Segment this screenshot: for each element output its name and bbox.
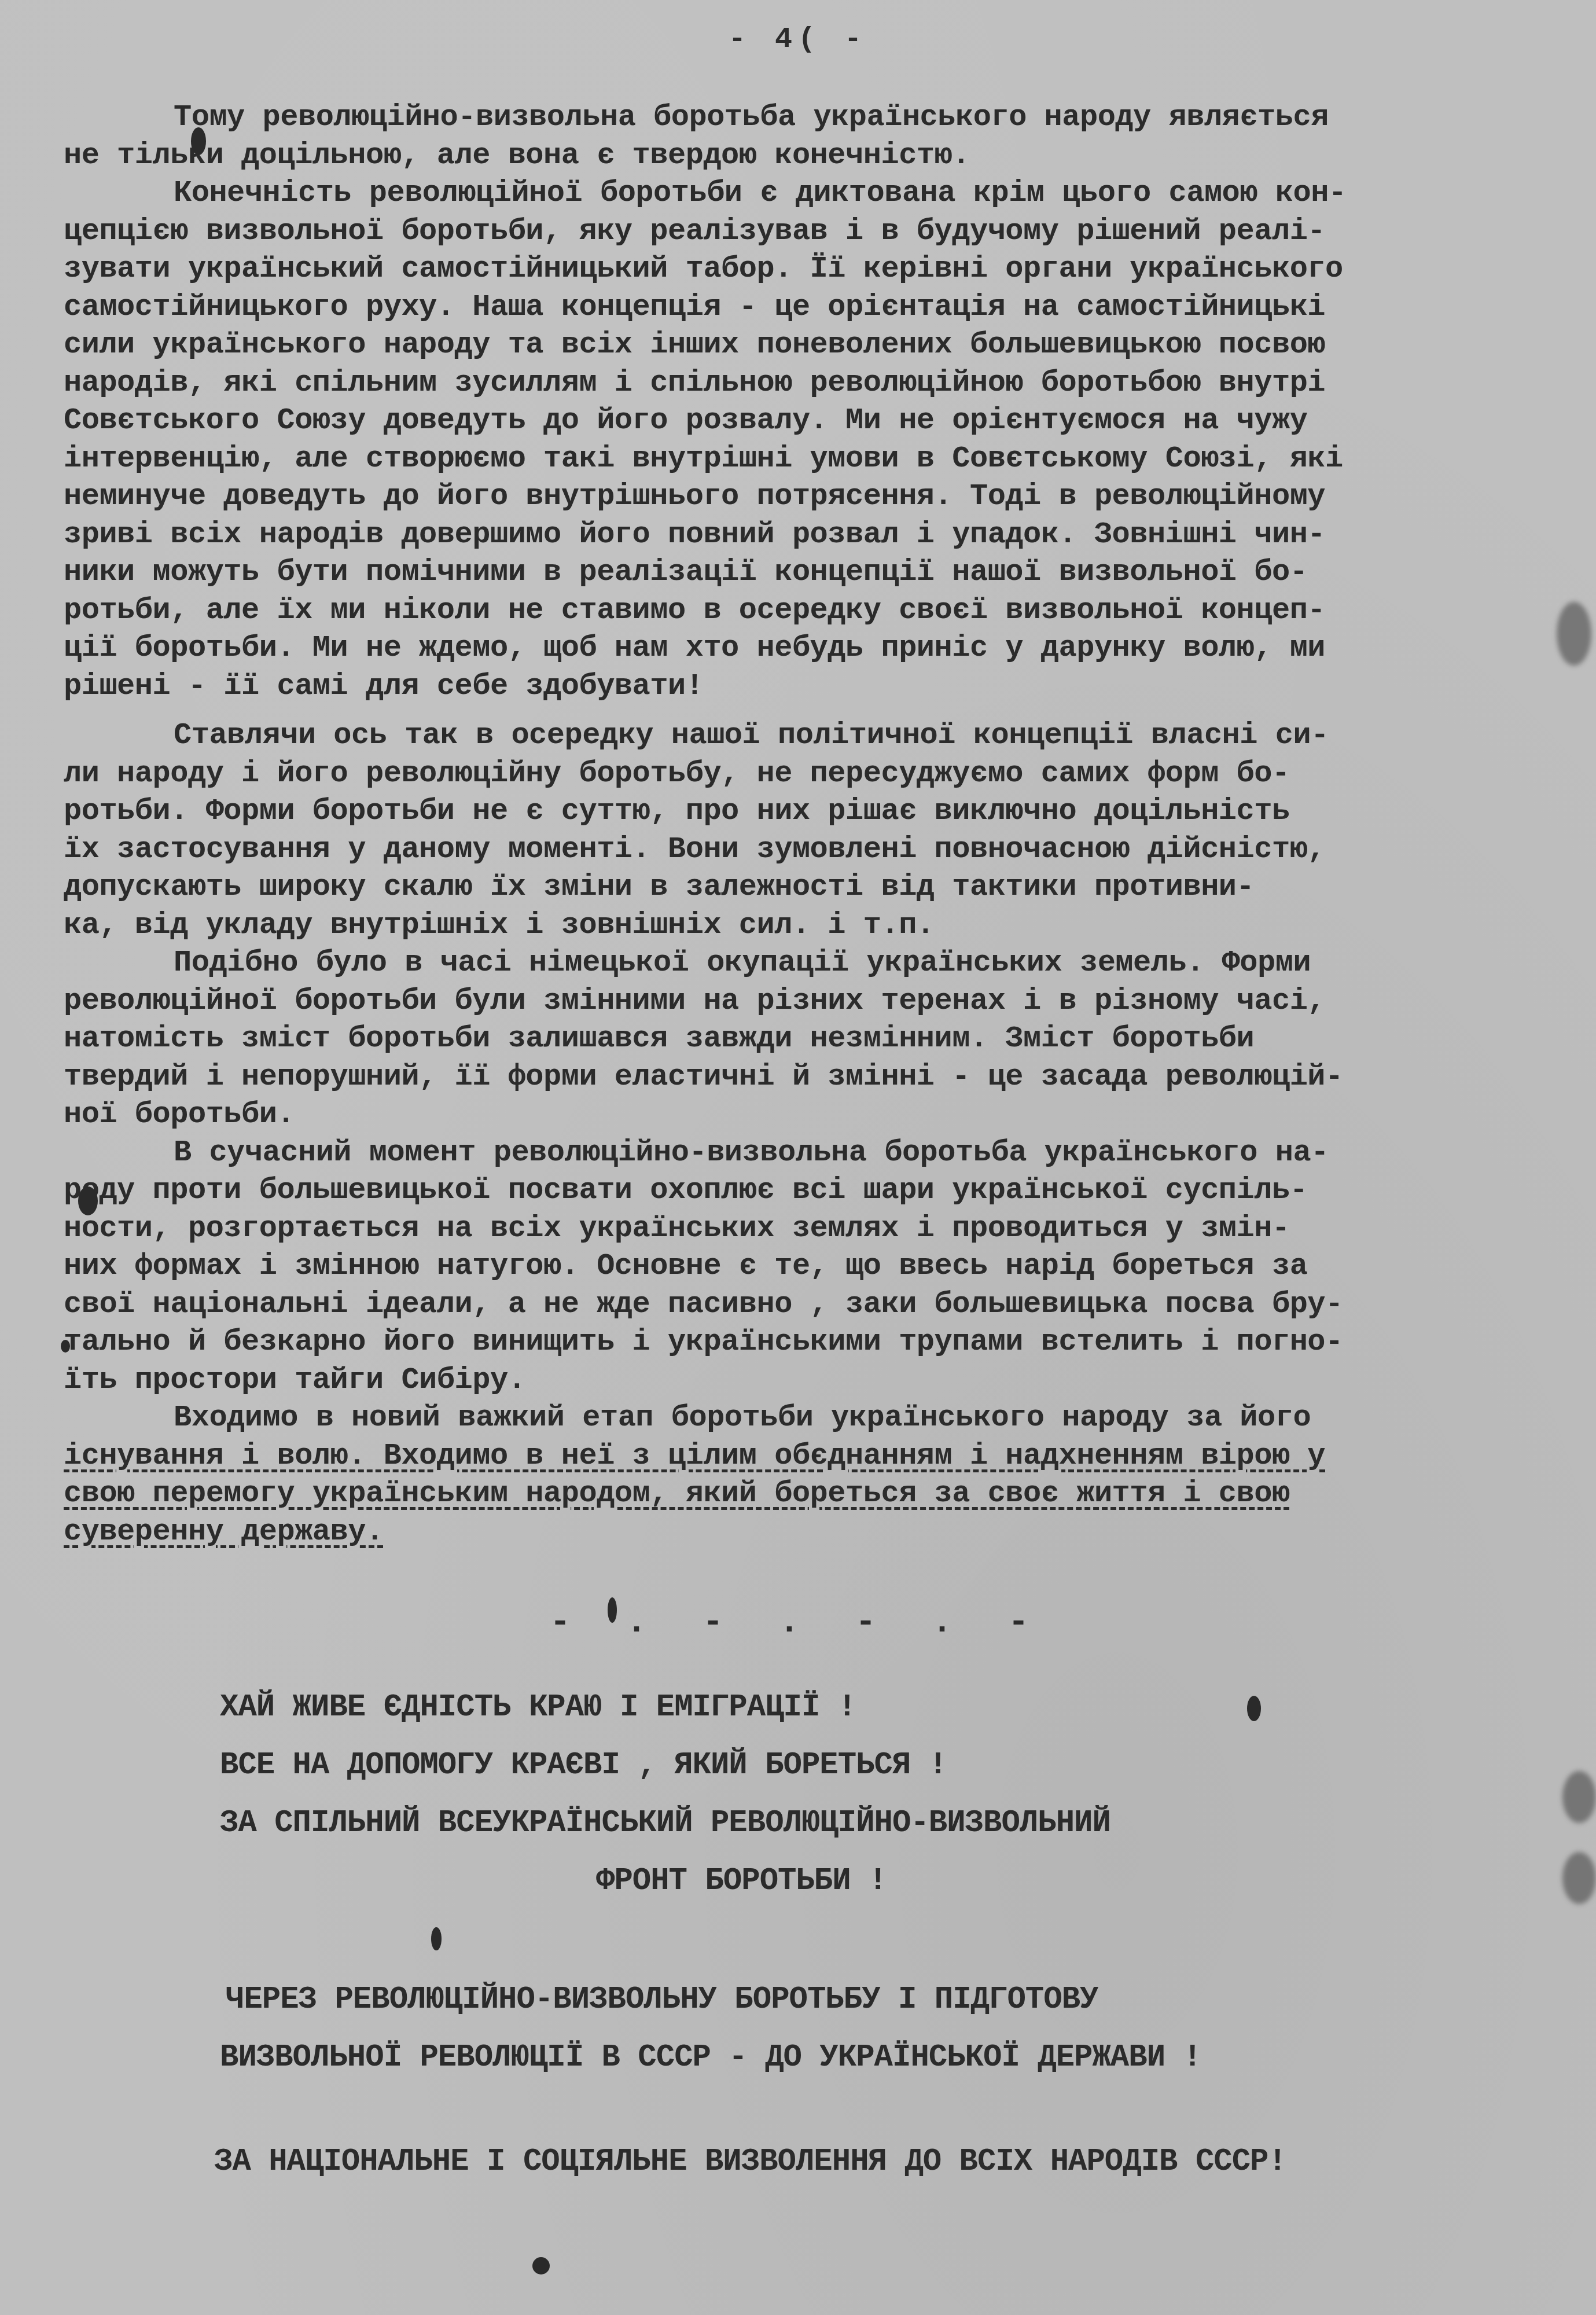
- text-line: роду проти большевицької посвати охоплює…: [64, 1171, 1545, 1210]
- text-line: допускають широку скалю їх зміни в залеж…: [64, 868, 1545, 906]
- text-line: цепцією визвольної боротьби, яку реалізу…: [64, 212, 1545, 251]
- edge-stain: [1557, 602, 1591, 666]
- text-line: ности, розгортається на всіх українських…: [64, 1210, 1545, 1248]
- slogan: ВИЗВОЛЬНОЇ РЕВОЛЮЦІЇ В СССР - ДО УКРАЇНС…: [220, 2040, 1201, 2075]
- ink-blot: [61, 1340, 70, 1353]
- slogan: ЗА СПІЛЬНИЙ ВСЕУКРАЇНСЬКИЙ РЕВОЛЮЦІЙНО-В…: [220, 1806, 1110, 1841]
- slogan: ХАЙ ЖИВЕ ЄДНІСТЬ КРАЮ І ЕМІГРАЦІЇ !: [220, 1690, 856, 1725]
- text-line: тально й безкарно його винищить і україн…: [64, 1323, 1545, 1361]
- paragraph-5: В сучасний момент революційно-визвольна …: [64, 1134, 1545, 1399]
- ink-blot: [1247, 1696, 1261, 1721]
- underlined-text-line: свою перемогу українським народом, який …: [64, 1475, 1545, 1513]
- slogan: ЧЕРЕЗ РЕВОЛЮЦІЙНО-ВИЗВОЛЬНУ БОРОТЬБУ І П…: [226, 1982, 1098, 2018]
- ink-blot: [191, 127, 206, 155]
- paragraph-3: Ставлячи ось так в осередку нашої політи…: [64, 716, 1545, 944]
- text-line: Подібно було в часі німецької окупації у…: [64, 944, 1545, 982]
- ink-blot: [608, 1597, 617, 1623]
- slogan: ЗА НАЦІОНАЛЬНЕ І СОЦІЯЛЬНЕ ВИЗВОЛЕННЯ ДО…: [214, 2144, 1286, 2180]
- ink-blot: [532, 2257, 550, 2274]
- text-line: твердий і непорушний, її форми еластичні…: [64, 1058, 1545, 1096]
- slogan: ФРОНТ БОРОТЬБИ !: [596, 1864, 887, 1899]
- underlined-text-line: існування і волю. Входимо в неї з цілим …: [64, 1437, 1545, 1475]
- text-line: їх застосування у даному моменті. Вони з…: [64, 831, 1545, 869]
- paragraph-6: Входимо в новий важкий етап боротьби укр…: [64, 1399, 1545, 1550]
- text-line: них формах і змінною натугою. Основне є …: [64, 1247, 1545, 1285]
- text-line: інтервенцію, але створюємо такі внутрішн…: [64, 440, 1545, 478]
- text-line: натомість зміст боротьби залишався завжд…: [64, 1020, 1545, 1058]
- text-line: їть простори тайги Сибіру.: [64, 1361, 1545, 1399]
- paragraph-4: Подібно було в часі німецької окупації у…: [64, 944, 1545, 1134]
- text-line: самостійницького руху. Наша концепція - …: [64, 288, 1545, 326]
- text-line: ної боротьби.: [64, 1096, 1545, 1134]
- text-line: революційної боротьби були змінними на р…: [64, 982, 1545, 1020]
- text-line: свої національні ідеали, а не жде пасивн…: [64, 1285, 1545, 1324]
- text-line: Конечність революційної боротьби є дикто…: [64, 174, 1545, 212]
- text-line: сили українського народу та всіх інших п…: [64, 326, 1545, 364]
- text-line: ротьби, але їх ми ніколи не ставимо в ос…: [64, 591, 1545, 630]
- paragraph-2: Конечність революційної боротьби є дикто…: [64, 174, 1545, 705]
- text-line: неминуче доведуть до його внутрішнього п…: [64, 477, 1545, 516]
- ink-blot: [78, 1186, 98, 1215]
- text-line: зриві всіх народів довершимо його повний…: [64, 516, 1545, 554]
- slogan: ВСЕ НА ДОПОМОГУ КРАЄВІ , ЯКИЙ БОРЕТЬСЯ !: [220, 1748, 947, 1783]
- text-line: В сучасний момент революційно-визвольна …: [64, 1134, 1545, 1172]
- text-line: Ставлячи ось так в осередку нашої політи…: [64, 716, 1545, 755]
- document-body: Тому революційно-визвольна боротьба укра…: [64, 98, 1545, 1550]
- edge-stain: [1562, 1852, 1596, 1904]
- text-line: Совєтського Союзу доведуть до його розва…: [64, 402, 1545, 440]
- text-line: ції боротьби. Ми не ждемо, щоб нам хто н…: [64, 629, 1545, 667]
- text-line: народів, які спільним зусиллям і спільно…: [64, 364, 1545, 402]
- text-line: ники можуть бути помічними в реалізації …: [64, 553, 1545, 591]
- text-line: ротьби. Форми боротьби не є суттю, про н…: [64, 792, 1545, 831]
- text-line: ли народу і його революційну боротьбу, н…: [64, 755, 1545, 793]
- paragraph-1: Тому революційно-визвольна боротьба укра…: [64, 98, 1545, 174]
- underlined-text-line: суверенну державу.: [64, 1513, 1545, 1551]
- page-number: - 4( -: [0, 23, 1596, 56]
- text-line: зувати український самостійницький табор…: [64, 250, 1545, 288]
- ink-blot: [431, 1927, 442, 1950]
- text-line: Тому революційно-визвольна боротьба укра…: [64, 98, 1545, 137]
- edge-stain: [1562, 1771, 1596, 1823]
- text-line: не тільки доцільною, але вона є твердою …: [64, 137, 1545, 175]
- text-line: рішені - її самі для себе здобувати!: [64, 667, 1545, 705]
- section-separator: - . - . - . -: [0, 1603, 1596, 1642]
- text-line: ка, від укладу внутрішніх і зовнішніх си…: [64, 906, 1545, 945]
- text-line: Входимо в новий важкий етап боротьби укр…: [64, 1399, 1545, 1437]
